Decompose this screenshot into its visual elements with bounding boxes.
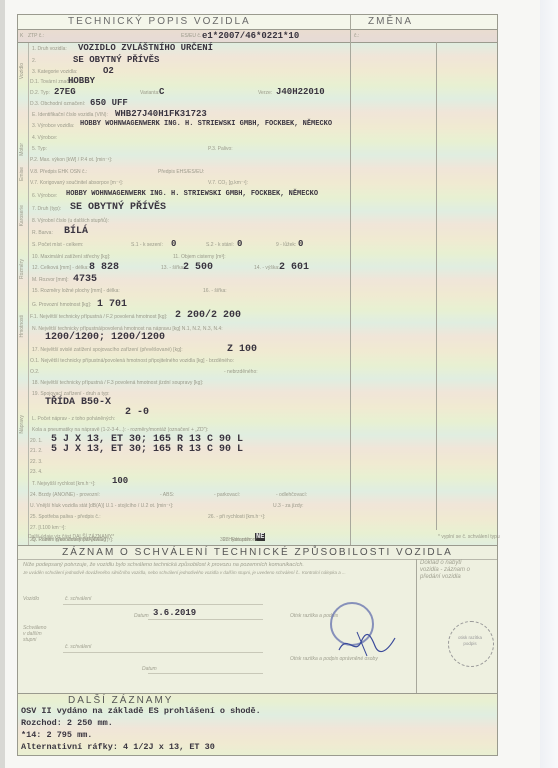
label-width: 13. - šířka: <box>161 265 185 271</box>
value-vin: WHB27J40H1FK31723 <box>115 109 207 119</box>
value-color: BÍLÁ <box>64 226 88 237</box>
label-seats-sitting: S.1 - k sezení: <box>131 242 163 248</box>
label-retarder-brake: - odlehčovací: <box>276 492 307 498</box>
approval-note: Je uváděn schválení jednotlivě dováženéh… <box>23 570 363 576</box>
label-vin: E. Identifikační číslo vozidla (VIN): <box>32 112 108 118</box>
vehicle-technical-certificate: TECHNICKÝ POPIS VOZIDLA ZMĚNA K ZTP č.: … <box>17 14 498 756</box>
approval-statement: Níže podepsaný potvrzuje, že vozidlu byl… <box>23 562 304 568</box>
value-height: 2 601 <box>279 262 309 273</box>
value-body-type: SE OBYTNÝ PŘÍVĚS <box>73 55 159 65</box>
label-body-manufacturer: 6. Výrobce: <box>32 193 57 199</box>
k-label: K <box>20 33 23 39</box>
label-vehicle-type: 1. Druh vozidla: <box>32 46 67 52</box>
value-make: HOBBY <box>68 76 95 86</box>
label-fuel-consumption: 25. Spotřeba paliva - předpis č.: <box>30 514 101 520</box>
value-tyres-axle2: 5 J X 13, ET 30; 165 R 13 C 90 L <box>51 444 243 455</box>
label-tyres-row2: 21. 2. <box>30 448 43 454</box>
value-wheelbase: 4735 <box>73 274 97 285</box>
label-tyres-row3: 22. 3. <box>30 459 43 465</box>
ztp-label: ZTP č.: <box>28 33 44 39</box>
label-version: Verze: <box>258 90 272 96</box>
section-vozidlo: Vozidlo <box>19 63 25 79</box>
label-consumption-100km: 27. [l.100 km⁻¹]: <box>30 525 66 531</box>
value-max-weight: 2 200/2 200 <box>175 310 241 321</box>
header-row: TECHNICKÝ POPIS VOZIDLA ZMĚNA <box>18 15 497 30</box>
label-tyres: Kola a pneumatiky na nápravě (1-2-3-4...… <box>32 427 208 433</box>
label-vehicle: Vozidlo <box>23 596 39 602</box>
section-napravy: Nápravy <box>19 415 25 434</box>
label-brakes: 24. Brzdy (ANO/NE) - provozní: <box>30 492 100 498</box>
approval-number-row: K ZTP č.: ES/EU č. e1*2007/46*0221*10 č.… <box>18 30 497 43</box>
value-axles: 2 -0 <box>125 407 149 418</box>
value-max-speed: 100 <box>112 476 128 486</box>
label-variant: Varianta: <box>140 90 160 96</box>
label-absorption: V.7. Korigovaný součinitel absorpce [m⁻¹… <box>30 180 123 186</box>
label-seats-standing: S.2 - k stání: <box>206 242 234 248</box>
label-noise: U. Vnější hluk vozidla stát [dB(A)] U.1 … <box>30 503 173 509</box>
value-body-manufacturer: HOBBY WOHNWAGENWERK ING. H. STRIEWSKI GM… <box>66 190 318 198</box>
additional-records: DALŠÍ ZÁZNAMY OSV II vydáno na základě E… <box>18 693 497 756</box>
label-tyres-row1: 20. 1. <box>30 438 43 444</box>
label-2: 2. <box>32 58 36 64</box>
label-emission-directive: Předpis EHS/ES/EU: <box>158 169 204 175</box>
value-seats-sitting: 0 <box>171 239 176 249</box>
change-number-label: č.: <box>354 33 359 39</box>
value-trade-name: 650 UFF <box>90 98 128 108</box>
label-combination-weight: 18. Největší technicky přípustná / F.3 p… <box>32 380 203 386</box>
label-max-weight: F.1. Největší technicky přípustná / F.2 … <box>30 314 167 320</box>
label-abs: - ABS: <box>160 492 174 498</box>
value-type: 27EG <box>54 87 76 97</box>
label-max-speed: T. Nejvyšší rychlost [km.h⁻¹]: <box>32 481 95 487</box>
value-seats-standing: 0 <box>237 239 242 249</box>
value-coupling-device: TŘÍDA B50-X <box>45 397 111 408</box>
label-roof-load: 10. Maximální zatížení střechy [kg]: <box>32 254 110 260</box>
label-approval-no-2: č. schválení <box>65 644 91 650</box>
value-manufacturer: HOBBY WOHNWAGENWERK ING. H. STRIEWSKI GM… <box>80 120 332 128</box>
value-width: 2 500 <box>183 262 213 273</box>
section-motor: Motor <box>19 143 25 156</box>
label-category: 3. Kategorie vozidla: <box>32 69 77 75</box>
label-trade-name: D.3. Obchodní označení: <box>30 101 85 107</box>
document-title: TECHNICKÝ POPIS VOZIDLA <box>68 16 251 27</box>
label-approval-no: č. schválení <box>65 596 91 602</box>
label-operating-weight: G. Provozní hmotnost [kg]: <box>32 302 91 308</box>
label-approved-next-stage: Schváleno v dalším stupni <box>23 625 47 643</box>
additional-record-line: Alternativní ráfky: 4 1/2J x 13, ET 30 <box>21 742 215 752</box>
value-approval-date: 3.6.2019 <box>153 608 196 618</box>
es-label: ES/EU č. <box>181 33 201 39</box>
value-coupling-load: Z 100 <box>227 344 257 355</box>
value-length: 8 828 <box>89 262 119 273</box>
section-hmotnosti: Hmotnosti <box>19 315 25 338</box>
section-emise: Emise <box>19 167 25 181</box>
footnote-approval: * vyplní se č. schválení typu <box>438 534 500 540</box>
additional-records-title: DALŠÍ ZÁZNAMY <box>68 695 173 706</box>
section-rozmery: Rozměry <box>19 259 25 279</box>
additional-record-line: OSV II vydáno na základě ES prohlášení o… <box>21 706 261 716</box>
approval-record: ZÁZNAM O SCHVÁLENÍ TECHNICKÉ ZPŮSOBILOST… <box>18 545 497 694</box>
label-axles: L. Počet náprav - z toho poháněných: <box>32 416 115 422</box>
label-hydraulics: 30. Hydropohon: <box>220 537 257 543</box>
stamp-placeholder-text: otisk razítka podpis <box>458 635 482 647</box>
label-fuel: P.3. Palivo: <box>208 146 233 152</box>
label-o2: O.2. <box>30 369 39 375</box>
es-number: e1*2007/46*0221*10 <box>202 31 299 41</box>
label-date-2: Datum <box>142 666 157 672</box>
page-edge <box>0 0 5 768</box>
label-parking-brake: - parkovací: <box>214 492 240 498</box>
section-karoserie: Karoserie <box>19 205 25 226</box>
label-gearbox: 29. Řazení převodovky (MAN/AUT): <box>30 537 110 543</box>
label-length: 12. Celková [mm] - délka: <box>32 265 89 271</box>
label-beds: 9 - lůžek: <box>276 242 296 248</box>
label-engine-type: 5. Typ: <box>32 146 47 152</box>
additional-record-line: Rozchod: 2 250 mm. <box>21 718 113 728</box>
label-wheelbase: M. Rozvor [mm]: <box>32 277 69 283</box>
value-axle-weight: 1200/1200; 1200/1200 <box>45 332 165 343</box>
label-body-kind: 7. Druh (typ): <box>32 206 61 212</box>
value-vehicle-type: VOZIDLO ZVLÁŠTNÍHO URČENÍ <box>78 43 213 53</box>
page-shadow <box>540 0 558 768</box>
label-unbraked-trailer: - nebrzděného: <box>224 369 258 375</box>
label-noise-driving: U.3 - za jízdy: <box>273 503 304 509</box>
label-tyres-row4: 23. 4. <box>30 469 43 475</box>
label-manufacturer: 3. Výrobce vozidla: <box>32 123 74 129</box>
approval-title: ZÁZNAM O SCHVÁLENÍ TECHNICKÉ ZPŮSOBILOST… <box>18 547 497 558</box>
label-cargo-length: 15. Rozměry ložné plochy [mm] - délka: <box>32 288 120 294</box>
label-date: Datum <box>134 613 149 619</box>
label-color: R. Barva: <box>32 230 53 236</box>
value-version: J40H22010 <box>276 87 325 97</box>
section-column <box>18 43 29 561</box>
acquisition-note: Doklad o nabytí vozidla - záznam o předá… <box>420 560 480 581</box>
label-height: 14. - výška: <box>254 265 280 271</box>
label-engine-manufacturer: 4. Výrobce: <box>32 135 57 141</box>
label-type: D.2. Typ: <box>30 90 50 96</box>
label-tank-volume: 11. Objem cisterny [m³]: <box>173 254 226 260</box>
value-beds: 0 <box>298 239 303 249</box>
value-category: O2 <box>103 66 114 76</box>
signature-icon <box>337 628 397 658</box>
value-body-kind: SE OBYTNÝ PŘÍVĚS <box>70 202 166 213</box>
label-coupling-load: 17. Největší svislé zatížení spojovacího… <box>32 347 183 353</box>
label-seats: S. Počet míst - celkem: <box>32 242 83 248</box>
label-consumption-speed: 26. - při rychlosti [km.h⁻¹]: <box>208 514 265 520</box>
label-emission-regulation: V.8. Předpis EHK OSN č.: <box>30 169 87 175</box>
value-operating-weight: 1 701 <box>97 299 127 310</box>
value-variant: C <box>159 87 164 97</box>
label-braked-trailer: O.1. Největší technicky přípustná/povole… <box>30 358 234 364</box>
label-max-power: P.2. Max. výkon [kW] / P.4 ot. [min⁻¹]: <box>30 157 112 163</box>
additional-record-line: *14: 2 795 mm. <box>21 730 92 740</box>
label-co2: V.7. CO₂ [g.km⁻¹]: <box>208 180 248 186</box>
label-serial-number: 8. Výrobní číslo (u dalších stupňů): <box>32 218 109 224</box>
label-cargo-width: 16. - šířka: <box>203 288 227 294</box>
change-title: ZMĚNA <box>368 16 413 27</box>
